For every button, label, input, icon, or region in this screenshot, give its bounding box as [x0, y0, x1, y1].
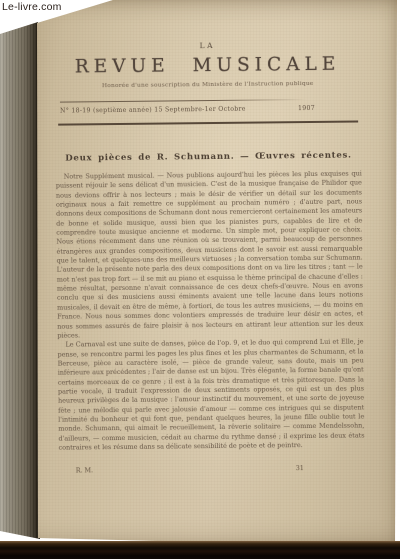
page-content: LA REVUE MUSICALE Honorée d'une souscrip… [0, 0, 400, 559]
book-bottom-edge [0, 541, 400, 559]
footer-initials: R. M. [76, 467, 93, 474]
footer-page-number: 31 [296, 465, 304, 472]
masthead-title: REVUE MUSICALE [37, 53, 377, 78]
masthead-subtitle: Honorée d'une souscription du Ministère … [38, 80, 378, 90]
subtitle-rule [60, 99, 306, 103]
seller-watermark: Le-livre.com [2, 1, 62, 13]
issue-line: N° 18-19 (septième année) 15 Septembre-1… [60, 105, 315, 120]
header-rule [58, 120, 358, 125]
masthead-la: LA [57, 39, 357, 51]
book-photo: LA REVUE MUSICALE Honorée d'une souscrip… [0, 0, 400, 559]
page-footer: R. M. 31 [76, 465, 304, 477]
issue-year: 1907 [298, 105, 315, 112]
article-title: Deux pièces de R. Schumann. — Œuvres réc… [58, 150, 358, 163]
paragraph-1: Notre Supplément musical. — Nous publion… [56, 169, 364, 340]
article-body: Notre Supplément musical. — Nous publion… [56, 169, 365, 465]
issue-number-date: N° 18-19 (septième année) 15 Septembre-1… [60, 106, 246, 115]
paragraph-2: Le Carnaval est une suite de danses, piè… [57, 338, 364, 453]
